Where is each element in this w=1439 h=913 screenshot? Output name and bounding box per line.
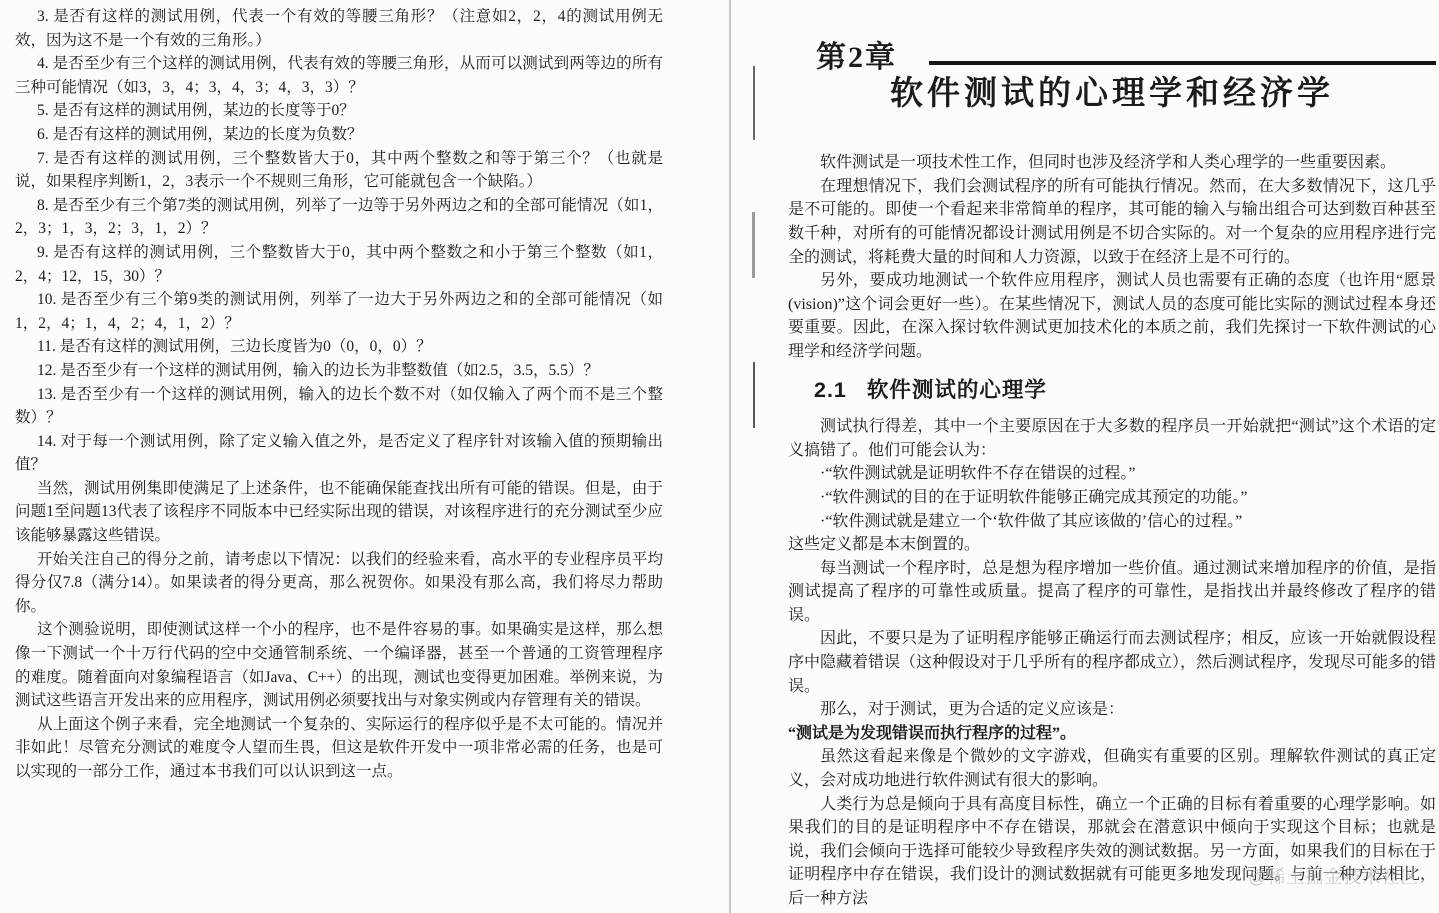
paragraph: 每当测试一个程序时，总是想为程序增加一些价值。通过测试来增加程序的价值，是指测试…: [788, 557, 1436, 628]
section-number: 2.1: [814, 378, 847, 402]
question-item-14: 14. 对于每一个测试用例，除了定义输入值之外，是否定义了程序针对该输入值的预期…: [15, 430, 663, 477]
paragraph: 那么，对于测试，更为合适的定义应该是：: [788, 698, 1436, 722]
question-item-13: 13. 是否至少有一个这样的测试用例，输入的边长个数不对（如仅输入了两个而不是三…: [15, 383, 663, 430]
chapter-rule: [929, 61, 1436, 65]
scan-artifact-line: [753, 362, 755, 428]
question-item-8: 8. 是否至少有三个第7类的测试用例，列举了一边等于另外两边之和的全部可能情况（…: [15, 194, 663, 241]
paragraph: 软件测试是一项技术性工作，但同时也涉及经济学和人类心理学的一些重要因素。: [788, 151, 1436, 175]
question-item-3: 3. 是否有这样的测试用例，代表一个有效的等腰三角形？（注意如2，2，4的测试用…: [15, 5, 663, 52]
paragraph: 因此，不要只是为了证明程序能够正确运行而去测试程序；相反，应该一开始就假设程序中…: [788, 627, 1436, 698]
definition-quote: “测试是为发现错误而执行程序的过程”。: [788, 722, 1436, 746]
paragraph: 开始关注自己的得分之前，请考虑以下情况：以我们的经验来看，高水平的专业程序员平均…: [15, 548, 663, 619]
question-item-12: 12. 是否至少有一个这样的测试用例，输入的边长为非整数值（如2.5，3.5，5…: [15, 359, 663, 383]
question-item-4: 4. 是否至少有三个这样的测试用例，代表有效的等腰三角形，从而可以测试到两等边的…: [15, 52, 663, 99]
section-title: 软件测试的心理学: [867, 378, 1047, 402]
right-page: 第2章 软件测试的心理学和经济学 软件测试是一项技术性工作，但同时也涉及经济学和…: [788, 46, 1436, 911]
paragraph: 这个测验说明，即使测试这样一个小的程序，也不是件容易的事。如果确实是这样，那么想…: [15, 618, 663, 712]
bullet-item: ·“软件测试就是建立一个‘软件做了其应该做的’信心的过程。”: [788, 510, 1436, 534]
chapter-intro: 软件测试是一项技术性工作，但同时也涉及经济学和人类心理学的一些重要因素。 在理想…: [788, 151, 1436, 363]
chapter-header: 第2章: [788, 46, 1436, 70]
paragraph: 从上面这个例子来看，完全地测试一个复杂的、实际运行的程序似乎是不太可能的。情况并…: [15, 713, 663, 784]
watermark: @稀土掘金技术社区: [1248, 863, 1419, 889]
question-item-5: 5. 是否有这样的测试用例，某边的长度等于0？: [15, 99, 663, 123]
scan-artifact-line: [752, 212, 755, 278]
question-item-7: 7. 是否有这样的测试用例，三个整数皆大于0，其中两个整数之和等于第三个？（也就…: [15, 147, 663, 194]
question-item-11: 11. 是否有这样的测试用例，三边长度皆为0（0，0，0）？: [15, 335, 663, 359]
left-page: 3. 是否有这样的测试用例，代表一个有效的等腰三角形？（注意如2，2，4的测试用…: [15, 5, 663, 784]
paragraph: 测试执行得差，其中一个主要原因在于大多数的程序员一开始就把“测试”这个术语的定义…: [788, 415, 1436, 462]
paragraph: 另外，要成功地测试一个软件应用程序，测试人员也需要有正确的态度（也许用“愿景(v…: [788, 269, 1436, 363]
paragraph: 当然，测试用例集即使满足了上述条件，也不能确保能查找出所有可能的错误。但是，由于…: [15, 477, 663, 548]
question-item-6: 6. 是否有这样的测试用例，某边的长度为负数？: [15, 123, 663, 147]
question-item-9: 9. 是否有这样的测试用例，三个整数皆大于0，其中两个整数之和小于第三个整数（如…: [15, 241, 663, 288]
section-heading: 2.1软件测试的心理学: [814, 379, 1436, 403]
paragraph: 在理想情况下，我们会测试程序的所有可能执行情况。然而，在大多数情况下，这几乎是不…: [788, 175, 1436, 269]
question-item-10: 10. 是否至少有三个第9类的测试用例，列举了一边大于另外两边之和的全部可能情况…: [15, 288, 663, 335]
page-gutter-line: [729, 0, 731, 913]
bullet-item: ·“软件测试就是证明软件不存在错误的过程。”: [788, 462, 1436, 486]
paragraph: 虽然这看起来像是个微妙的文字游戏，但确实有重要的区别。理解软件测试的真正定义，会…: [788, 745, 1436, 792]
chapter-number: 第2章: [816, 46, 897, 70]
scan-artifact-line: [753, 66, 755, 140]
chapter-title: 软件测试的心理学和经济学: [788, 83, 1436, 107]
paragraph: 这些定义都是本末倒置的。: [788, 533, 1436, 557]
bullet-item: ·“软件测试的目的在于证明软件能够正确完成其预定的功能。”: [788, 486, 1436, 510]
paragraph: 人类行为总是倾向于具有高度目标性，确立一个正确的目标有着重要的心理学影响。如果我…: [788, 793, 1436, 911]
section-body: 测试执行得差，其中一个主要原因在于大多数的程序员一开始就把“测试”这个术语的定义…: [788, 415, 1436, 910]
